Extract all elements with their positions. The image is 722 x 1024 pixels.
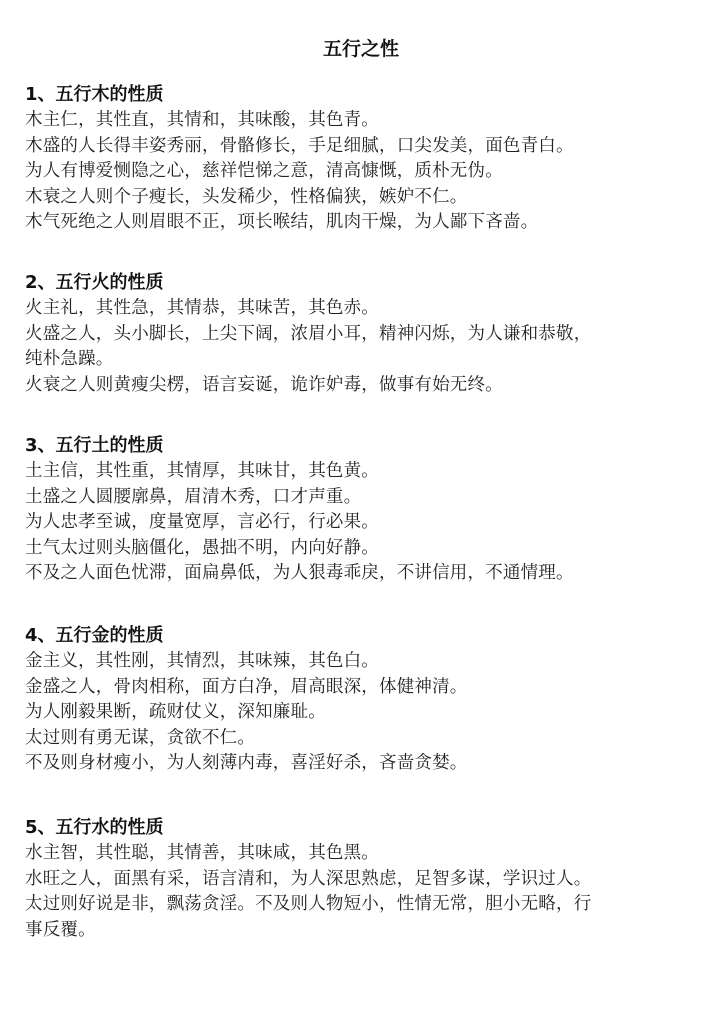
section-heading: 2、五行火的性质 (25, 270, 705, 296)
section-water: 5、五行水的性质 水主智，其性聪，其情善，其味咸，其色黑。 水旺之人，面黑有采，… (25, 815, 705, 943)
paragraph-line: 水主智，其性聪，其情善，其味咸，其色黑。 (25, 841, 705, 867)
section-heading: 3、五行土的性质 (25, 433, 705, 459)
paragraph-line: 木主仁，其性直，其情和，其味酸，其色青。 (25, 108, 705, 134)
paragraph-line: 火衰之人则黄瘦尖楞，语言妄诞，诡诈妒毒，做事有始无终。 (25, 373, 705, 399)
paragraph-line: 火盛之人，头小脚长，上尖下阔，浓眉小耳，精神闪烁，为人谦和恭敬， (25, 322, 705, 348)
section-earth: 3、五行土的性质 土主信，其性重，其情厚，其味甘，其色黄。 土盛之人圆腰廓鼻，眉… (25, 433, 705, 587)
paragraph-line: 木盛的人长得丰姿秀丽，骨骼修长，手足细腻，口尖发美，面色青白。 (25, 134, 705, 160)
section-heading: 5、五行水的性质 (25, 815, 705, 841)
paragraph-line: 金盛之人，骨肉相称，面方白净，眉高眼深，体健神清。 (25, 675, 705, 701)
paragraph-line: 水旺之人，面黑有采，语言清和，为人深思熟虑，足智多谋，学识过人。 (25, 867, 705, 893)
paragraph-line: 金主义，其性刚，其情烈，其味辣，其色白。 (25, 649, 705, 675)
paragraph-line: 太过则有勇无谋，贪欲不仁。 (25, 726, 705, 752)
section-heading: 4、五行金的性质 (25, 623, 705, 649)
paragraph-line: 事反覆。 (25, 918, 705, 944)
paragraph-line: 不及之人面色忧滞，面扁鼻低，为人狠毒乖戾，不讲信用，不通情理。 (25, 561, 705, 587)
paragraph-line: 为人刚毅果断，疏财仗义，深知廉耻。 (25, 700, 705, 726)
page-title: 五行之性 (0, 36, 722, 62)
section-wood: 1、五行木的性质 木主仁，其性直，其情和，其味酸，其色青。 木盛的人长得丰姿秀丽… (25, 82, 705, 236)
paragraph-line: 为人有博爱恻隐之心，慈祥恺悌之意，清高慷慨，质朴无伪。 (25, 159, 705, 185)
paragraph-line: 为人忠孝至诚，度量宽厚，言必行，行必果。 (25, 510, 705, 536)
paragraph-line: 土主信，其性重，其情厚，其味甘，其色黄。 (25, 459, 705, 485)
document-page: 五行之性 1、五行木的性质 木主仁，其性直，其情和，其味酸，其色青。 木盛的人长… (0, 0, 722, 1024)
paragraph-line: 纯朴急躁。 (25, 347, 705, 373)
paragraph-line: 火主礼，其性急，其情恭，其味苦，其色赤。 (25, 296, 705, 322)
paragraph-line: 太过则好说是非，飘荡贪淫。不及则人物短小，性情无常，胆小无略，行 (25, 892, 705, 918)
paragraph-line: 土气太过则头脑僵化，愚拙不明，内向好静。 (25, 536, 705, 562)
section-fire: 2、五行火的性质 火主礼，其性急，其情恭，其味苦，其色赤。 火盛之人，头小脚长，… (25, 270, 705, 398)
paragraph-line: 不及则身材瘦小，为人刻薄内毒，喜淫好杀，吝啬贪婪。 (25, 751, 705, 777)
paragraph-line: 土盛之人圆腰廓鼻，眉清木秀，口才声重。 (25, 485, 705, 511)
section-heading: 1、五行木的性质 (25, 82, 705, 108)
section-metal: 4、五行金的性质 金主义，其性刚，其情烈，其味辣，其色白。 金盛之人，骨肉相称，… (25, 623, 705, 777)
paragraph-line: 木气死绝之人则眉眼不正，项长喉结，肌肉干燥，为人鄙下吝啬。 (25, 210, 705, 236)
paragraph-line: 木衰之人则个子瘦长，头发稀少，性格偏狭，嫉妒不仁。 (25, 185, 705, 211)
